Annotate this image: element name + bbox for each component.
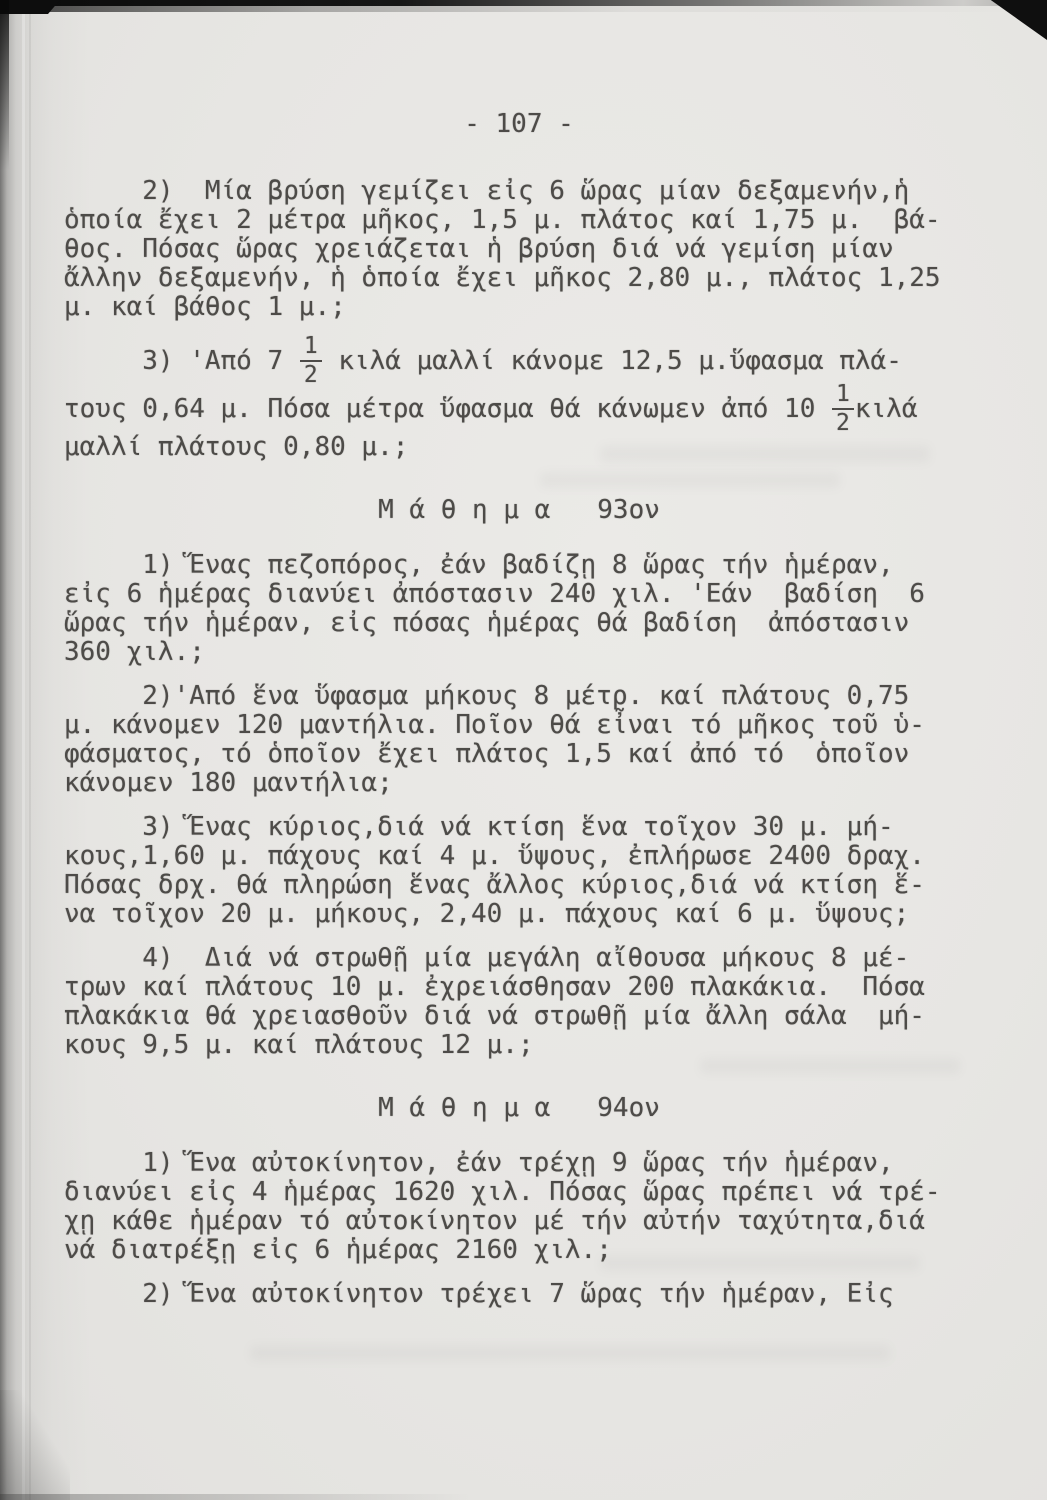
fraction-one-half: 1 2 xyxy=(300,335,322,387)
problem-line: ἄλλην δεξαμενήν, ἡ ὁποία ἔχει μῆκος 2,80… xyxy=(64,264,974,293)
problem-line: πλακάκια θά χρειασθοῦν διά νά στρωθῇ μία… xyxy=(64,1002,974,1031)
problem-line: 3) Ἕνας κύριος,διά νά κτίση ἕνα τοῖχον 3… xyxy=(64,813,974,842)
problem-line: χῃ κάθε ἡμέραν τό αὐτοκίνητον μέ τήν αὐτ… xyxy=(64,1207,974,1236)
problem-line: μ. καί βάθος 1 μ.; xyxy=(64,293,974,322)
problem-line: 4) Διά νά στρωθῇ μία μεγάλη αἴθουσα μήκο… xyxy=(64,944,974,973)
fraction-numerator: 1 xyxy=(832,383,854,410)
problem-line: 2) Μία βρύση γεμίζει εἰς 6 ὥρας μίαν δεξ… xyxy=(64,177,974,206)
problem-line: κους,1,60 μ. πάχους καί 4 μ. ὕψους, ἐπλή… xyxy=(64,842,974,871)
fraction-denominator: 2 xyxy=(304,362,318,387)
scanned-page: - 107 - 2) Μία βρύση γεμίζει εἰς 6 ὥρας … xyxy=(0,0,1047,1500)
problem-3-wool-fabric: 3) 'Από 7 1 2 κιλά μαλλί κάνομε 12,5 μ.ὕ… xyxy=(64,337,974,462)
fraction-denominator: 2 xyxy=(836,410,850,435)
problem-1-hiker: 1) Ἕνας πεζοπόρος, ἐάν βαδίζῃ 8 ὥρας τήν… xyxy=(64,551,974,667)
problem-line: μαλλί πλάτους 0,80 μ.; xyxy=(64,433,974,462)
problem-line: 2) Ἕνα αὐτοκίνητον τρέχει 7 ὥρας τήν ἡμέ… xyxy=(64,1280,974,1309)
bleed-through-artifact xyxy=(250,1345,890,1361)
problem-2-fabric-handkerchiefs: 2)'Από ἕνα ὕφασμα μήκους 8 μέτρ. καί πλά… xyxy=(64,682,974,798)
problem-line: διανύει εἰς 4 ἡμέρας 1620 χιλ. Πόσας ὥρα… xyxy=(64,1178,974,1207)
problem-line-with-fraction: τους 0,64 μ. Πόσα μέτρα ὕφασμα θά κάνωμε… xyxy=(64,385,974,433)
problem-2-cistern: 2) Μία βρύση γεμίζει εἰς 6 ὥρας μίαν δεξ… xyxy=(64,177,974,322)
problem-line: 360 χιλ.; xyxy=(64,638,974,667)
bottom-edge-shadow xyxy=(0,1494,471,1500)
problem-line: να τοῖχον 20 μ. μήκους, 2,40 μ. πάχους κ… xyxy=(64,900,974,929)
problem-line: μ. κάνομεν 120 μαντήλια. Ποῖον θά εἶναι … xyxy=(64,711,974,740)
fraction-one-half: 1 2 xyxy=(832,383,854,435)
problem-2-car-partial: 2) Ἕνα αὐτοκίνητον τρέχει 7 ὥρας τήν ἡμέ… xyxy=(64,1280,974,1309)
bottom-left-corner-shadow xyxy=(0,1390,70,1500)
page-number: - 107 - xyxy=(64,0,974,139)
text-segment: κιλά μαλλί κάνομε 12,5 μ.ὕφασμα πλά- xyxy=(323,347,902,376)
text-segment: 3) 'Από 7 xyxy=(64,347,299,376)
problem-line: ὥρας τήν ἡμέραν, εἰς πόσας ἡμέρας θά βαδ… xyxy=(64,609,974,638)
page-text-block: - 107 - 2) Μία βρύση γεμίζει εἰς 6 ὥρας … xyxy=(64,0,974,1324)
left-edge-dark-strip xyxy=(0,0,9,170)
problem-line: εἰς 6 ἡμέρας διανύει ἀπόστασιν 240 χιλ. … xyxy=(64,580,974,609)
fraction-numerator: 1 xyxy=(300,335,322,362)
problem-line: θος. Πόσας ὥρας χρειάζεται ἡ βρύση διά ν… xyxy=(64,235,974,264)
problem-line: ὁποία ἔχει 2 μέτρα μῆκος, 1,5 μ. πλάτος … xyxy=(64,206,974,235)
problem-line: νά διατρέξῃ εἰς 6 ἡμέρας 2160 χιλ.; xyxy=(64,1236,974,1265)
problem-1-car: 1) Ἕνα αὐτοκίνητον, ἐάν τρέχῃ 9 ὥρας τήν… xyxy=(64,1149,974,1265)
text-segment: τους 0,64 μ. Πόσα μέτρα ὕφασμα θά κάνωμε… xyxy=(64,395,831,424)
problem-line: φάσματος, τό ὁποῖον ἔχει πλάτος 1,5 καί … xyxy=(64,740,974,769)
binding-crease-highlight xyxy=(22,0,25,1500)
problem-3-wall-cost: 3) Ἕνας κύριος,διά νά κτίση ἕνα τοῖχον 3… xyxy=(64,813,974,929)
problem-4-floor-tiles: 4) Διά νά στρωθῇ μία μεγάλη αἴθουσα μήκο… xyxy=(64,944,974,1060)
problem-line: Πόσας δρχ. θά πληρώση ἕνας ἄλλος κύριος,… xyxy=(64,871,974,900)
binding-crease-line xyxy=(29,0,31,1500)
problem-line: 1) Ἕνας πεζοπόρος, ἐάν βαδίζῃ 8 ὥρας τήν… xyxy=(64,551,974,580)
text-segment: κιλά xyxy=(855,395,918,424)
lesson-heading-94: Μ ά θ η μ α 94ον xyxy=(64,1094,974,1123)
problem-line-with-fraction: 3) 'Από 7 1 2 κιλά μαλλί κάνομε 12,5 μ.ὕ… xyxy=(64,337,974,385)
problem-line: 2)'Από ἕνα ὕφασμα μήκους 8 μέτρ. καί πλά… xyxy=(64,682,974,711)
problem-line: τρων καί πλάτους 10 μ. ἐχρειάσθησαν 200 … xyxy=(64,973,974,1002)
lesson-heading-93: Μ ά θ η μ α 93ον xyxy=(64,496,974,525)
problem-line: κους 9,5 μ. καί πλάτους 12 μ.; xyxy=(64,1031,974,1060)
problem-line: κάνομεν 180 μαντήλια; xyxy=(64,769,974,798)
problem-line: 1) Ἕνα αὐτοκίνητον, ἐάν τρέχῃ 9 ὥρας τήν… xyxy=(64,1149,974,1178)
